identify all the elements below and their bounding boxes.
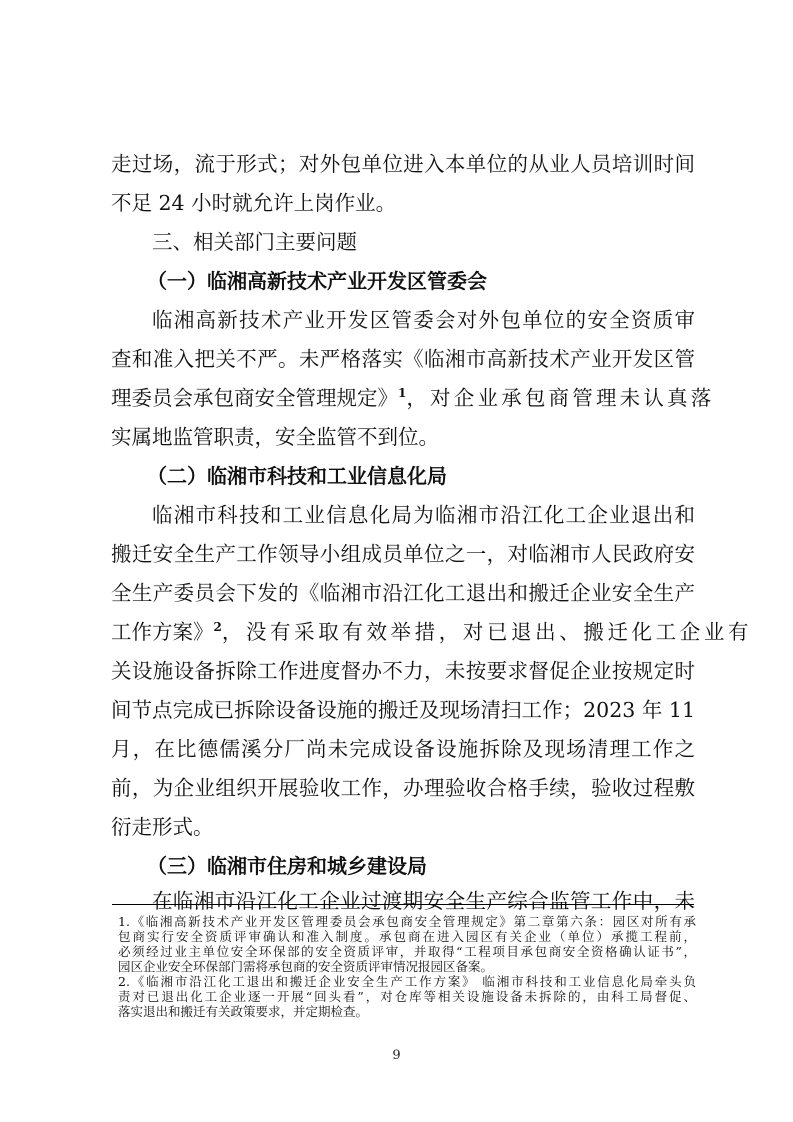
paragraph-line: 关设施设备拆除工作进度督办不力，未按要求督促企业按规定时 (111, 652, 695, 691)
paragraph-line: 不足 24 小时就允许上岗作业。 (111, 184, 695, 223)
paragraph-line: 临湘市科技和工业信息化局为临湘市沿江化工企业退出和 (111, 496, 695, 535)
paragraph-line: 间节点完成已拆除设备设施的搬迁及现场清扫工作；2023 年 11 (111, 691, 695, 730)
subsection-heading-2: （二）临湘市科技和工业信息化局 (111, 457, 695, 496)
paragraph-line: 全生产委员会下发的《临湘市沿江化工退出和搬迁企业安全生产 (111, 574, 695, 613)
paragraph-line: 实属地监管职责，安全监管不到位。 (111, 418, 695, 457)
footnote-line: 包商实行安全资质评审确认和准入制度。承包商在进入园区有关企业（单位）承揽工程前， (118, 929, 696, 944)
paragraph-line: 临湘高新技术产业开发区管委会对外包单位的安全资质审 (111, 301, 695, 340)
footnote-line: 1.《临湘高新技术产业开发区管理委员会承包商安全管理规定》第二章第六条：园区对所… (118, 914, 696, 929)
section-heading: 三、相关部门主要问题 (111, 223, 695, 262)
footnote-2: 2.《临湘市沿江化工退出和搬迁企业安全生产工作方案》 临湘市科技和工业信息化局牵… (118, 974, 696, 1019)
footnote-line: 责对已退出化工企业逐一开展“回头看”，对仓库等相关设施设备未拆除的，由科工局督促… (118, 989, 696, 1004)
paragraph-line: 月，在比德儒溪分厂尚未完成设备设施拆除及现场清理工作之 (111, 730, 695, 769)
paragraph-text: 理委员会承包商安全管理规定》 (111, 386, 398, 410)
paragraph-line: 前，为企业组织开展验收工作，办理验收合格手续，验收过程敷 (111, 769, 695, 808)
paragraph-text: ，没有采取有效举措，对已退出、搬迁化工企业有 (222, 620, 752, 644)
body-text: 走过场，流于形式；对外包单位进入本单位的从业人员培训时间 不足 24 小时就允许… (111, 145, 695, 916)
paragraph-line: 理委员会承包商安全管理规定》1，对企业承包商管理未认真落 (111, 379, 695, 418)
footnote-line: 落实退出和搬迁有关政策要求，并定期检查。 (118, 1004, 696, 1019)
paragraph-text: ，对企业承包商管理未认真落 (406, 386, 714, 410)
paragraph-text: 工作方案》 (111, 620, 214, 644)
page-number: 9 (0, 1048, 793, 1063)
footnote-line: 必须经过业主单位安全环保部的安全资质评审，并取得“工程项目承包商安全资格确认证书… (118, 944, 696, 959)
footnote-line: 2.《临湘市沿江化工退出和搬迁企业安全生产工作方案》 临湘市科技和工业信息化局牵… (118, 974, 696, 989)
paragraph-line: 搬迁安全生产工作领导小组成员单位之一，对临湘市人民政府安 (111, 535, 695, 574)
document-page: 走过场，流于形式；对外包单位进入本单位的从业人员培训时间 不足 24 小时就允许… (0, 0, 793, 1122)
footnote-1: 1.《临湘高新技术产业开发区管理委员会承包商安全管理规定》第二章第六条：园区对所… (118, 914, 696, 974)
footnote-separator (112, 904, 694, 905)
footnote-ref-2[interactable]: 2 (214, 620, 222, 634)
paragraph-line: 在临湘市沿江化工企业过渡期安全生产综合监管工作中，未 (111, 886, 695, 916)
footnote-line: 园区企业安全环保部门需将承包商的安全资质评审情况报园区备案。 (118, 959, 696, 974)
footnotes: 1.《临湘高新技术产业开发区管理委员会承包商安全管理规定》第二章第六条：园区对所… (118, 914, 696, 1019)
paragraph-line: 走过场，流于形式；对外包单位进入本单位的从业人员培训时间 (111, 145, 695, 184)
subsection-heading-3: （三）临湘市住房和城乡建设局 (111, 847, 695, 886)
subsection-heading-1: （一）临湘高新技术产业开发区管委会 (111, 262, 695, 301)
paragraph-line: 工作方案》2，没有采取有效举措，对已退出、搬迁化工企业有 (111, 613, 695, 652)
paragraph-line: 衍走形式。 (111, 808, 695, 847)
paragraph-line: 查和准入把关不严。未严格落实《临湘市高新技术产业开发区管 (111, 340, 695, 379)
